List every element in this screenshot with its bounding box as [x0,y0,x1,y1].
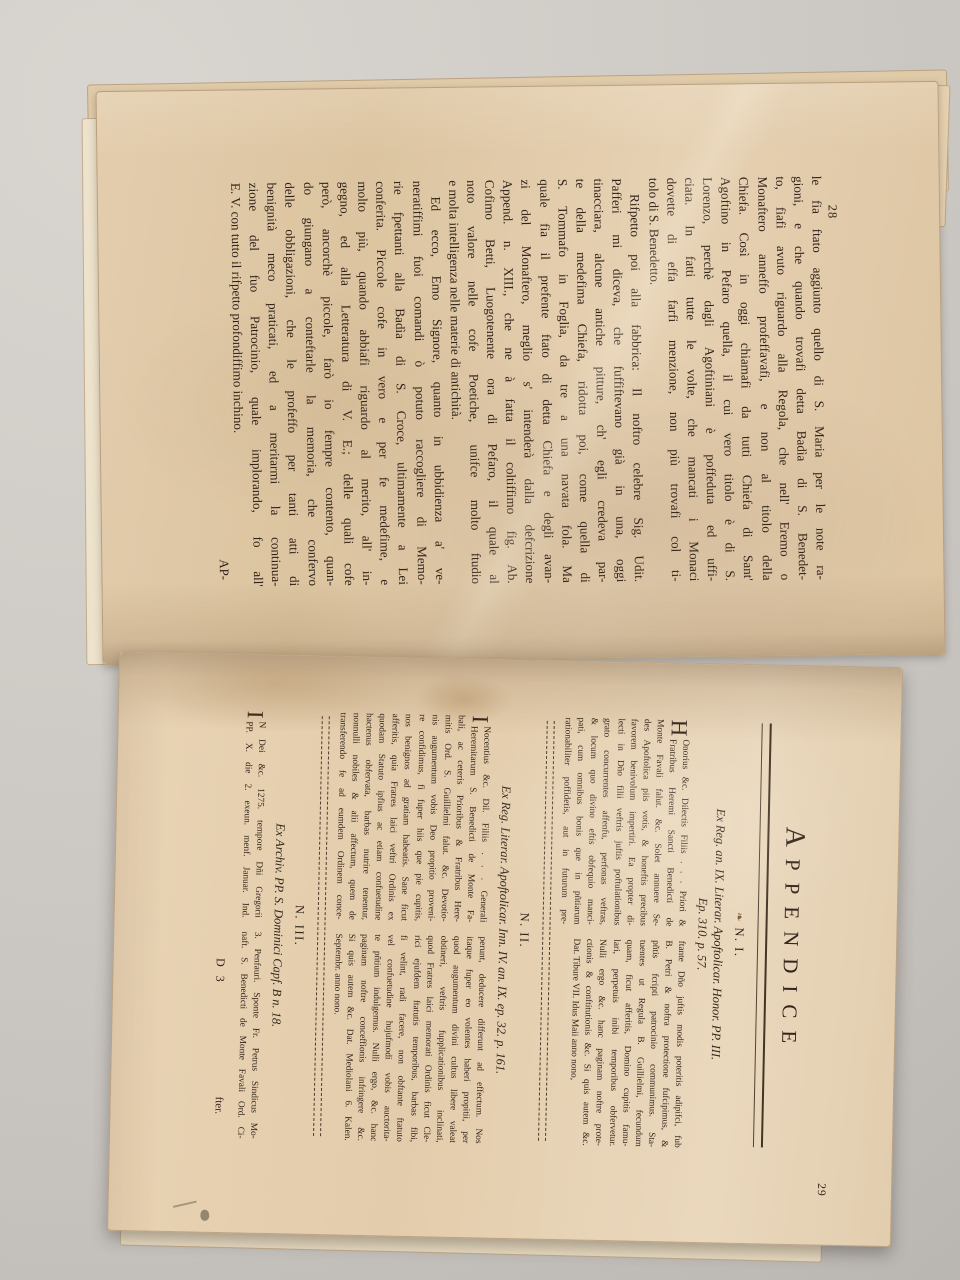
drop-cap: I [243,710,267,718]
section-number: ❧N. I. [727,721,751,1149]
drop-cap: H [666,719,690,736]
section-heading: Ex Reg. Literar. Apoftolicar. Inn. IV. a… [491,716,516,1144]
section-divider-rule [538,721,555,1141]
appendix-sections: ❧N. I.Ex Reg. an. IX. Literar. Apoftolic… [233,710,751,1149]
section-number: N. III. [287,712,311,1140]
title-rule [753,723,772,1147]
two-column-text: HOnorius &c. Dilectis Filiis . . . Prior… [552,717,692,1148]
catchword: AP- [215,559,231,580]
two-column-text: INocentius &c. Dil. Filiis . . . General… [327,712,493,1143]
page-number: 28 [824,204,839,219]
right-column: perunt, deducere differunt ad effectum. … [327,933,488,1143]
right-column: 3. Penfauri. Sponte Fr. Petrus Sindicus … [233,931,264,1139]
title-rest: PPENDICE [777,859,805,1056]
signature-row: D 3 fter. [208,710,233,1138]
section-heading-line: Ex Reg. Literar. Apoftolicar. Inn. IV. a… [491,716,516,1144]
appendix-title: APPENDICE [772,732,813,1151]
page-number: 29 [815,1183,827,1197]
section-divider-rule [313,716,330,1136]
page-29-leaf: 29 APPENDICE ❧N. I.Ex Reg. an. IX. Liter… [107,651,903,1247]
photo-background: 28 le fia ftato aggiunto quello di S. Ma… [0,0,960,1280]
page-29-text-block: APPENDICE ❧N. I.Ex Reg. an. IX. Literar.… [208,710,817,1150]
page-29-surface: 29 APPENDICE ❧N. I.Ex Reg. an. IX. Liter… [108,652,902,1246]
page-28-leaf: 28 le fia ftato aggiunto quello di S. Ma… [96,81,946,665]
left-column: INocentius &c. Dil. Filiis . . . General… [332,712,493,922]
section-heading-line: Ex Archiv. PP. S. Dominici Capf. B n. 18… [266,711,291,1139]
signature-mark: D 3 [212,958,228,985]
page-28-text-block: le fia ftato aggiunto quello di S. Maria… [225,175,829,586]
drop-cap: I [468,715,492,723]
section-heading: Ex Archiv. PP. S. Dominici Capf. B n. 18… [266,711,291,1139]
fleuron-ornament-icon: ❧ [733,912,745,921]
section-heading: Ex Reg. an. IX. Literar. Apoftolicar. Ho… [690,720,731,1149]
catchword: fter. [212,1096,224,1114]
title-initial: A [779,826,811,859]
right-column: ftante Dño juftis modis poteritis adipif… [552,938,687,1148]
page-28-surface: 28 le fia ftato aggiunto quello di S. Ma… [97,82,945,664]
two-column-text: IN Dei &c. 1275. tempore Dñi GregoriiPP.… [233,710,268,1138]
section-number: N. II. [512,716,536,1144]
left-column: IN Dei &c. 1275. tempore Dñi GregoriiPP.… [237,710,268,918]
left-column: HOnorius &c. Dilectis Filiis . . . Prior… [557,717,692,927]
